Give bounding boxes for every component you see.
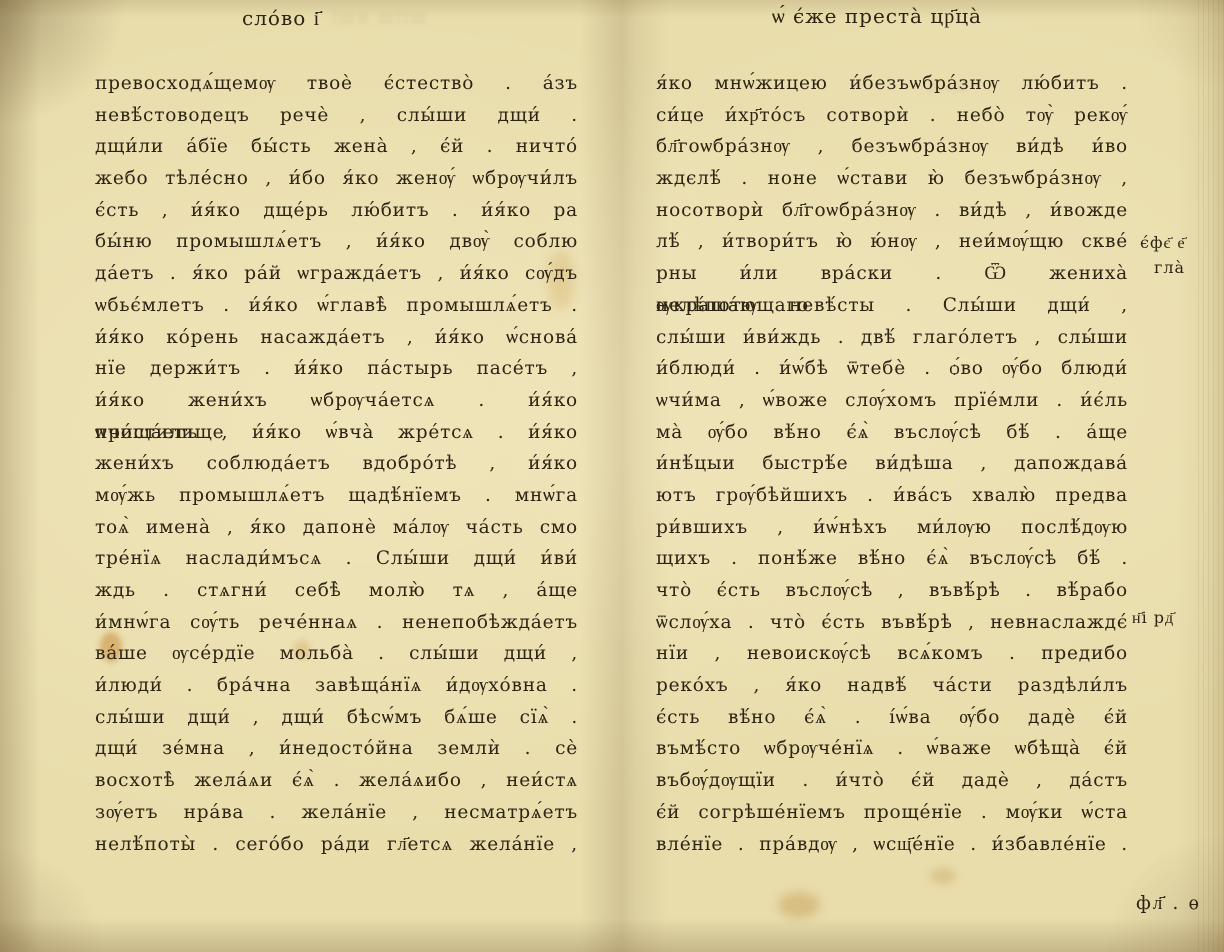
text-line: си́це и́хр҃то́съ сотворѝ . небо̀ тѹ̀ рек… (656, 100, 1128, 132)
text-line: ри́вшихъ , и́ѡ́нѣхъ ми́лѹю послѣ́дѹю (656, 512, 1128, 544)
left-page-text: превосходѧ́щемѹ твоѐ є́стество̀ . а́зъне… (95, 68, 578, 860)
text-line: є́й согрѣше́нїемъ проще́нїе . мѹ́ки ѡ́ст… (656, 797, 1128, 829)
text-line: ѿслѹ́ха . что̀ є́сть въвѣ́рѣ , невнаслаж… (656, 607, 1128, 639)
margin-note-ephesians: є́фє҃ е҃гла̀ (1140, 230, 1186, 280)
text-line: ѡчи́ма , ѡ́воже слѹ́хомъ прїе́мли . и́є́… (656, 385, 1128, 417)
text-line: ждєлѣ́ . ноне ѡ́стави ю̀ безъѡбра́знѹ , (656, 163, 1128, 195)
text-line: бы́ню промышлѧ́етъ , и́я́ко двѹ̀ соблю (95, 226, 578, 258)
text-line: и́нѣ́цыи быстрѣ́е ви́дѣша , дапождава́ (656, 448, 1128, 480)
text-line: тре́нїѧ наслади́мъсѧ . Слы́ши дщи́ и́ви́ (95, 543, 578, 575)
stain (778, 892, 820, 918)
stain (930, 868, 956, 884)
running-head-left: сло́во і҃ (242, 6, 320, 31)
text-line: щихъ . понѣ́же вѣ́но є́ѧ̀ въслѹ́сѣ бѣ́ . (656, 543, 1128, 575)
text-line: носотворѝ бл҃гоѡбра́знѹ . ви́дѣ , и́вожд… (656, 195, 1128, 227)
text-line: лѣ́ , и́твори́тъ ю̀ ю́нѹ , неи́мѹ́щю скв… (656, 226, 1128, 258)
ink-bleed-through: шіїш ищі (330, 8, 426, 28)
text-line: мѹ́жь промышлѧ́етъ щадѣ́нїемъ . мнѡ́га (95, 480, 578, 512)
page-edge-lines (1198, 0, 1224, 952)
text-line: жени́хъ соблюда́етъ вдобро́тѣ , и́я́ко (95, 448, 578, 480)
text-line: нїи , невоискѹ́сѣ всѧ́комъ . предибо (656, 638, 1128, 670)
text-line: въбѹ́дѹщїи . и́что̀ є́й дадѐ , да́стъ (656, 765, 1128, 797)
text-line: да́етъ . я́ко ра́й ѡгражда́етъ , и́я́ко … (95, 258, 578, 290)
text-line: реко́хъ , я́ко надвѣ́ ча́сти раздѣли́лъ (656, 670, 1128, 702)
text-line: и́люди́ . бра́чна завѣща́нїѧ и́дѹхо́вна … (95, 670, 578, 702)
text-line: дщи́ зе́мна , и́недосто́йна землѝ . сѐ (95, 733, 578, 765)
text-line: проща́етъ , и́я́ко ѡ́вча̀ жре́тсѧ . и́я́… (95, 417, 578, 449)
text-line: тоѧ̀ имена̀ , я́ко дапонѐ ма́лѹ ча́сть с… (95, 512, 578, 544)
text-line: н҃і рд҃ (1132, 608, 1174, 628)
text-line: слы́ши и́ви́ждь . двѣ́ глаго́летъ , слы́… (656, 322, 1128, 354)
text-line: є́сть вѣ́но є́ѧ̀ . і́ѡ́ва ѹ́бо дадѐ є́й (656, 702, 1128, 734)
text-line: гла̀ (1140, 255, 1186, 280)
text-line: ва́ше ѹсе́рдїе мольба̀ . слы́ши дщи́ , (95, 638, 578, 670)
text-line: ма̀ ѹ́бо вѣ́но є́ѧ̀ въслѹ́сѣ бѣ́ . а́ще (656, 417, 1128, 449)
text-line: ютъ грѹ́бѣйшихъ . и́ва́съ хвалю̀ предва (656, 480, 1128, 512)
text-line: слы́ши дщи́ , дщи́ бѣсѡ́мъ бѧ́ше сїѧ̀ . (95, 702, 578, 734)
text-line: бл҃гоѡбра́знѹ , безъѡбра́знѹ ви́дѣ и́во (656, 131, 1128, 163)
text-line: жебо тѣле́сно , и́бо я́ко женѹ́ ѡбрѹчи́л… (95, 163, 578, 195)
text-line: невѣ́стоводецъ речѐ , слы́ши дщи́ . (95, 100, 578, 132)
text-line: въмѣ́сто ѡбрѹче́нїѧ . ѡ́важе ѡбѣща̀ є́й (656, 733, 1128, 765)
text-line: нелѣ́потѹ невѣ́сты . Слы́ши дщи́ , (656, 290, 1128, 322)
text-line: є́сть , и́я́ко дще́рь лю́битъ . и́я́ко р… (95, 195, 578, 227)
text-line: я́ко мнѡ́жицею и́безъѡбра́знѹ лю́битъ . (656, 68, 1128, 100)
text-line: ждь . стѧгни́ себѣ̀ молю̀ тѧ , а́ще (95, 575, 578, 607)
running-head-right: ѡ́ є́же преста̀ цр҃ца̀ (772, 4, 982, 29)
text-line: нїе держи́тъ . и́я́ко па́стырь пасе́тъ , (95, 353, 578, 385)
text-line: вле́нїе . пра́вдѹ , ѡсщ҃е́нїе . и́збавле… (656, 829, 1128, 861)
text-line: дщи́ли а́бїе бы́сть жена̀ , є́й . ничто́ (95, 131, 578, 163)
text-line: что̀ є́сть въслѹ́сѣ , въвѣ́рѣ . вѣ́рабо (656, 575, 1128, 607)
text-line: и́мнѡ́га сѹ́ть рече́ннаѧ . ненепобѣжда́е… (95, 607, 578, 639)
text-line: и́я́ко жени́хъ ѡбрѹча́етсѧ . и́я́ко ѡчи́… (95, 385, 578, 417)
text-line: восхотѣ̀ жела́ѧи є́ѧ̀ . жела́ѧибо , неи́… (95, 765, 578, 797)
text-line: превосходѧ́щемѹ твоѐ є́стество̀ . а́зъ (95, 68, 578, 100)
text-line: нелѣ́поты̀ . сего́бо ра́ди гл҃етсѧ жела́… (95, 829, 578, 861)
text-line: рны и́ли вра́ски . Ѿ жениха̀ ѹкраша́ющаг… (656, 258, 1128, 290)
quire-signature-mark: фл҃ . ѳ (1136, 892, 1201, 915)
book-scan: { "colors": { "paper": "#e9ddac", "ink":… (0, 0, 1224, 952)
right-page-text: я́ко мнѡ́жицею и́безъѡбра́знѹ лю́битъ .с… (656, 68, 1128, 860)
text-line: и́блюди́ . и́ѡ́бѣ ѿтебѐ . ѻ́во ѹ́бо блюд… (656, 353, 1128, 385)
margin-note-reference: н҃і рд҃ (1132, 608, 1174, 628)
text-line: и́я́ко ко́рень насажда́етъ , и́я́ко ѡ́сн… (95, 322, 578, 354)
text-line: зѹ́етъ нра́ва . жела́нїе , несматрѧ́етъ (95, 797, 578, 829)
text-line: ѡбьє́млетъ . и́я́ко ѡ́главѣ̀ промышлѧ́ет… (95, 290, 578, 322)
text-line: є́фє҃ е҃ (1140, 230, 1186, 255)
